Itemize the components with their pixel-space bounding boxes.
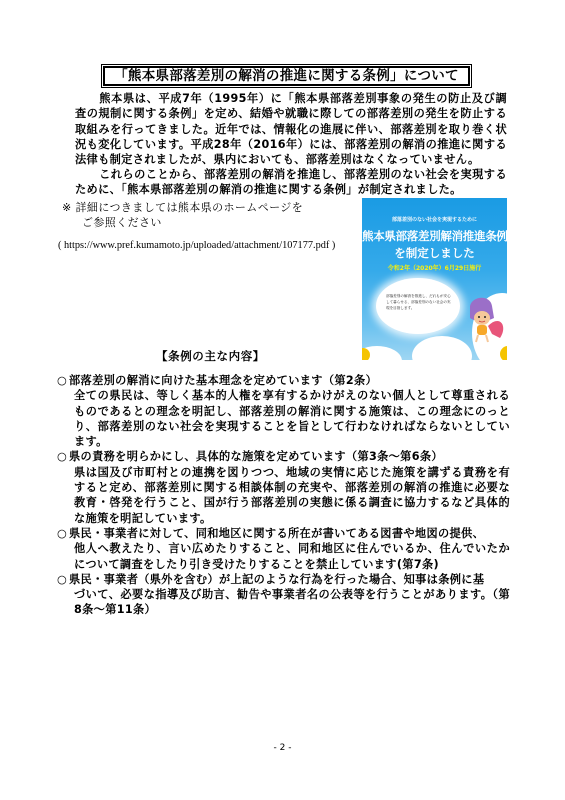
- page-number: - 2 -: [0, 743, 565, 753]
- item-heading: 部落差別の解消に向けた基本理念を定めています（第2条）: [69, 374, 377, 387]
- list-item: ○県民・事業者に対して、同和地区に関する所在が書いてある図書や地図の提供、 他人…: [57, 526, 517, 572]
- item-body: 全ての県民は、等しく基本的人権を享有するかけがえのない個人として尊重されるもので…: [57, 388, 510, 449]
- item-body: 他人へ教えたり、言い広めたりすること、同和地区に住んでいるか、住んでいたかについ…: [57, 541, 510, 572]
- note-line-2: ご参照ください: [62, 215, 352, 230]
- poster-title-line-2: を制定しました: [362, 245, 507, 261]
- item-heading: 県の責務を明らかにし、具体的な施策を定めています（第3条～第6条）: [69, 450, 443, 463]
- mascot-character-icon: [466, 296, 506, 348]
- reference-note: ※ 詳細につきましては熊本県のホームページを ご参照ください: [62, 200, 352, 230]
- flower-icon: [500, 346, 507, 360]
- circle-bullet: ○: [57, 449, 69, 464]
- section-heading: 【条例の主な内容】: [156, 348, 265, 364]
- list-item: ○県の責務を明らかにし、具体的な施策を定めています（第3条～第6条） 県は国及び…: [57, 449, 517, 525]
- note-line-1: 詳細につきましては熊本県のホームページを: [76, 201, 304, 214]
- document-page: 「熊本県部落差別の解消の推進に関する条例」について 熊本県は、平成7年（1995…: [0, 0, 565, 800]
- reference-url[interactable]: ( https://www.pref.kumamoto.jp/uploaded/…: [58, 240, 358, 252]
- circle-bullet: ○: [57, 373, 69, 388]
- list-item: ○部落差別の解消に向けた基本理念を定めています（第2条） 全ての県民は、等しく基…: [57, 373, 517, 449]
- page-title: 「熊本県部落差別の解消の推進に関する条例」について: [103, 66, 470, 86]
- intro-paragraph-1-text: 熊本県は、平成7年（1995年）に「熊本県部落差別事象の発生の防止及び調査の規制…: [75, 92, 507, 166]
- circle-bullet: ○: [57, 526, 69, 541]
- poster-date: 令和2年（2020年）6月29日施行: [362, 263, 507, 272]
- item-heading: 県民・事業者（県外を含む）が上記のような行為を行った場合、知事は条例に基: [69, 573, 484, 586]
- intro-paragraph-1: 熊本県は、平成7年（1995年）に「熊本県部落差別事象の発生の防止及び調査の規制…: [75, 91, 507, 167]
- poster-cloud-bottom: [412, 336, 472, 360]
- poster-title-line-1: 熊本県部落差別解消推進条例: [362, 228, 507, 244]
- ordinance-items-list: ○部落差別の解消に向けた基本理念を定めています（第2条） 全ての県民は、等しく基…: [57, 373, 517, 618]
- poster-cloud-text: 部落差別の解消を推進し、だれもが安心して暮らせる、部落差別のない社会の実現を目指…: [386, 293, 452, 311]
- item-heading: 県民・事業者に対して、同和地区に関する所在が書いてある図書や地図の提供、: [69, 527, 484, 540]
- list-item: ○県民・事業者（県外を含む）が上記のような行為を行った場合、知事は条例に基 づい…: [57, 572, 517, 618]
- intro-paragraph-2-text: これらのことから、部落差別の解消を推進し、部落差別のない社会を実現するために、「…: [75, 168, 507, 196]
- item-body: づいて、必要な指導及び助言、勧告や事業者名の公表等を行うことがあります。（第8条…: [57, 587, 510, 618]
- poster-subtitle: 部落差別のない社会を実現するために: [362, 216, 507, 223]
- circle-bullet: ○: [57, 572, 69, 587]
- note-mark: ※: [62, 201, 72, 214]
- intro-paragraph-2: これらのことから、部落差別の解消を推進し、部落差別のない社会を実現するために、「…: [75, 167, 507, 198]
- ordinance-poster-image: 部落差別のない社会を実現するために 熊本県部落差別解消推進条例 を制定しました …: [362, 198, 507, 360]
- item-body: 県は国及び市町村との連携を図りつつ、地域の実情に応じた施策を講ずる責務を有すると…: [57, 465, 510, 526]
